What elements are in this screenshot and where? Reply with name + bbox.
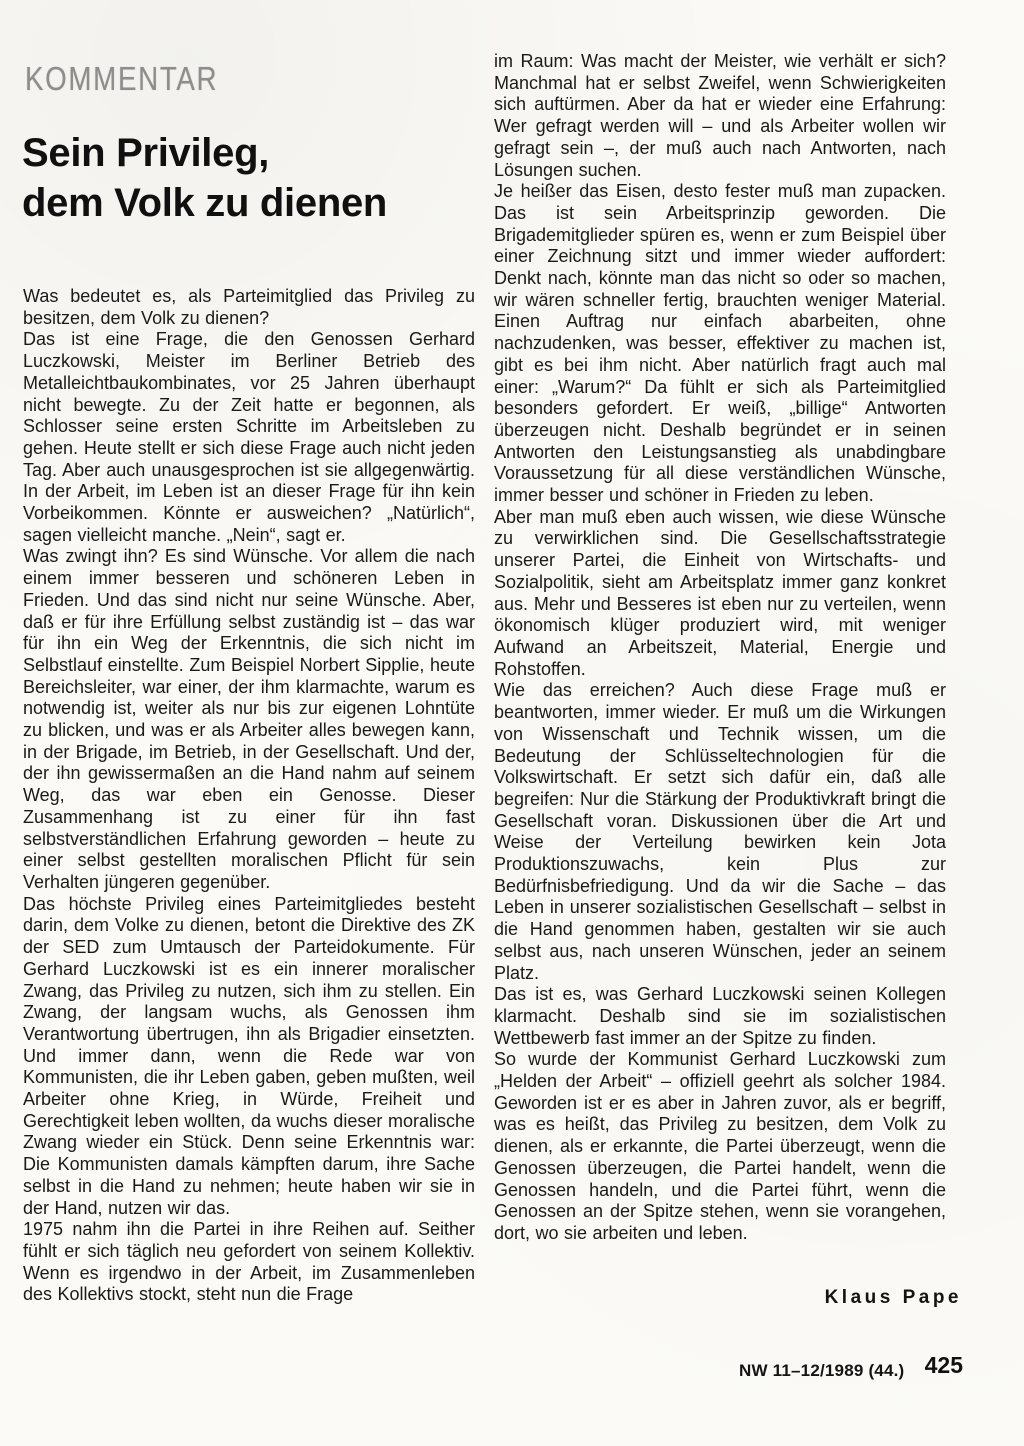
footer-issue-label: NW 11–12/1989 (44.) bbox=[739, 1361, 904, 1381]
article-title-line2: dem Volk zu dienen bbox=[22, 178, 387, 228]
paragraph-hoechste-privileg: Das höchste Privileg eines Parteimitglie… bbox=[23, 894, 475, 1220]
paragraph-im-raum: im Raum: Was macht der Meister, wie verh… bbox=[494, 51, 946, 181]
paragraph-luczkowski-intro: Das ist eine Frage, die den Genossen Ger… bbox=[23, 329, 475, 546]
section-kicker: KOMMENTAR bbox=[25, 60, 218, 98]
left-column: Was bedeutet es, als Parteimitglied das … bbox=[23, 286, 475, 1306]
paragraph-gesellschaftsstrategie: Aber man muß eben auch wissen, wie diese… bbox=[494, 507, 946, 681]
paragraph-wuensche: Was zwingt ihn? Es sind Wünsche. Vor all… bbox=[23, 546, 475, 893]
right-column: im Raum: Was macht der Meister, wie verh… bbox=[494, 51, 946, 1245]
author-byline: Klaus Pape bbox=[494, 1287, 962, 1309]
paragraph-held-der-arbeit: So wurde der Kommunist Gerhard Luczkowsk… bbox=[494, 1049, 946, 1244]
paragraph-wettbewerb: Das ist es, was Gerhard Luczkowski seine… bbox=[494, 984, 946, 1049]
paragraph-1975-partei: 1975 nahm ihn die Partei in ihre Reihen … bbox=[23, 1219, 475, 1306]
magazine-page: KOMMENTAR Sein Privileg, dem Volk zu die… bbox=[0, 0, 1024, 1446]
paragraph-wie-das-erreichen: Wie das erreichen? Auch diese Frage muß … bbox=[494, 680, 946, 984]
article-title-line1: Sein Privileg, bbox=[22, 128, 387, 178]
paragraph-intro-question: Was bedeutet es, als Parteimitglied das … bbox=[23, 286, 475, 329]
article-title: Sein Privileg, dem Volk zu dienen bbox=[22, 128, 387, 228]
paragraph-arbeitsprinzip: Je heißer das Eisen, desto fester muß ma… bbox=[494, 181, 946, 507]
footer-page-number: 425 bbox=[906, 1352, 963, 1379]
